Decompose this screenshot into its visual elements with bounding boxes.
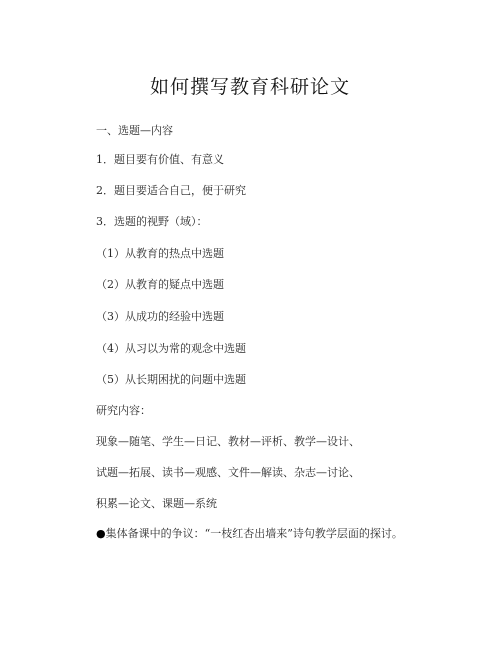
bullet-icon: ●: [96, 527, 106, 540]
paragraph-line: 现象—随笔、学生—日记、教材—评析、教学—设计、: [96, 435, 360, 449]
sub-list-item: （1）从教育的热点中选题: [96, 247, 224, 261]
bullet-text: 集体备课中的争议：“一枝红杏出墙来”诗句教学层面的探讨。: [106, 527, 403, 540]
paragraph-line: 积累—论文、课题—系统: [96, 497, 217, 511]
list-item: 3．选题的视野（域）：: [96, 215, 208, 229]
sub-list-item: （5）从长期困扰的问题中选题: [96, 373, 246, 387]
bullet-paragraph: ●集体备课中的争议：“一枝红杏出墙来”诗句教学层面的探讨。: [96, 527, 403, 541]
list-item: 1．题目要有价值、有意义: [96, 153, 224, 167]
document-title: 如何撰写教育科研论文: [0, 72, 500, 99]
sub-list-item: （4）从习以为常的观念中选题: [96, 342, 246, 356]
section-heading: 一、选题—内容: [96, 124, 173, 138]
list-item: 2．题目要适合自己，便于研究: [96, 184, 246, 198]
paragraph-line: 试题—拓展、读书—观感、文件—解读、杂志—讨论、: [96, 466, 360, 480]
sub-list-item: （3）从成功的经验中选题: [96, 310, 224, 324]
document-page: 如何撰写教育科研论文 一、选题—内容 1．题目要有价值、有意义 2．题目要适合自…: [0, 0, 500, 647]
section-heading: 研究内容：: [96, 404, 151, 418]
sub-list-item: （2）从教育的疑点中选题: [96, 278, 224, 292]
